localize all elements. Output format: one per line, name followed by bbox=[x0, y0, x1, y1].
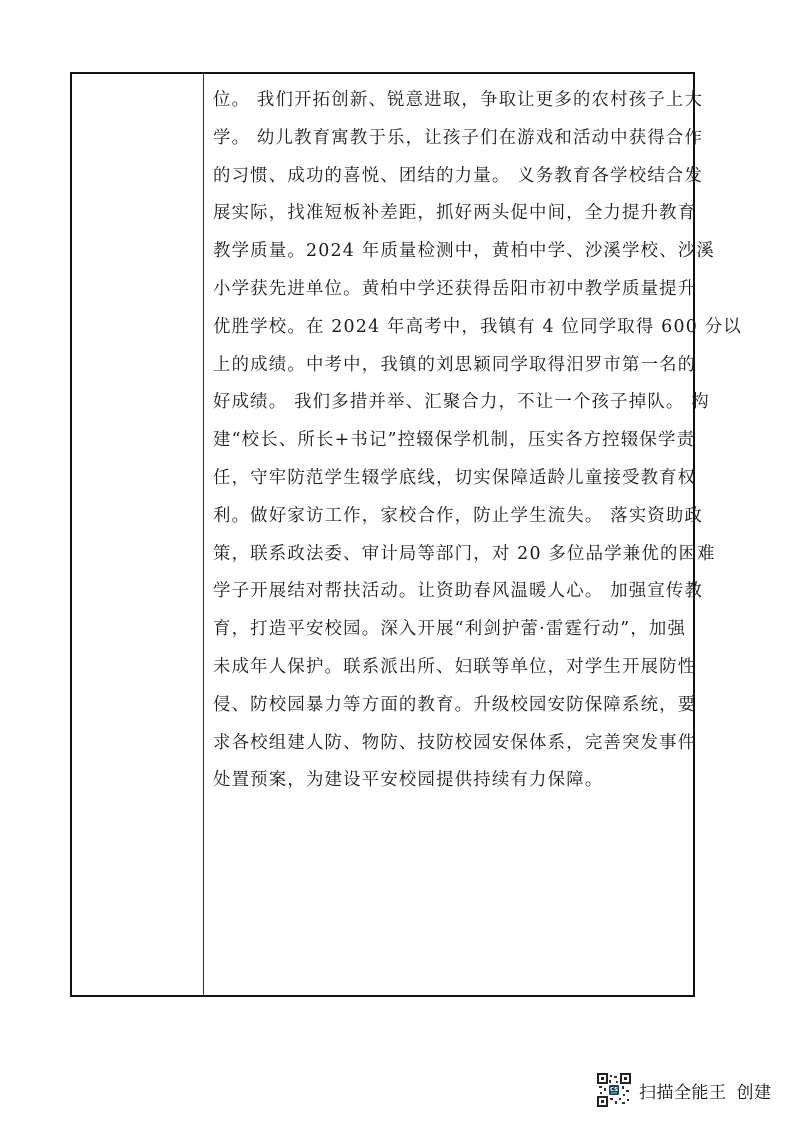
svg-text:CS: CS bbox=[610, 1087, 618, 1093]
text-line: 学。 幼儿教育寓教于乐，让孩子们在游戏和活动中获得合作 bbox=[213, 120, 693, 158]
qr-code-icon: CS bbox=[597, 1073, 631, 1107]
text-line: 策，联系政法委、审计局等部门，对 20 多位品学兼优的困难 bbox=[213, 536, 693, 574]
text-line: 利。做好家访工作，家校合作，防止学生流失。 落实资助政 bbox=[213, 498, 693, 536]
text-line: 优胜学校。在 2024 年高考中，我镇有 4 位同学取得 600 分以 bbox=[213, 309, 693, 347]
body-paragraph: 位。 我们开拓创新、锐意进取，争取让更多的农村孩子上大 学。 幼儿教育寓教于乐，… bbox=[213, 82, 693, 800]
text-line: 小学获先进单位。黄柏中学还获得岳阳市初中教学质量提升 bbox=[213, 271, 693, 309]
text-line: 好成绩。 我们多措并举、汇聚合力，不让一个孩子掉队。 构 bbox=[213, 384, 693, 422]
watermark-action: 创建 bbox=[737, 1083, 772, 1103]
camscanner-watermark: CS 扫描全能王创建 bbox=[597, 1073, 772, 1107]
table-right-cell: 位。 我们开拓创新、锐意进取，争取让更多的农村孩子上大 学。 幼儿教育寓教于乐，… bbox=[204, 74, 693, 995]
text-line: 教学质量。2024 年质量检测中，黄柏中学、沙溪学校、沙溪 bbox=[213, 233, 693, 271]
watermark-text: 扫描全能王创建 bbox=[639, 1078, 772, 1103]
text-line: 任，守牢防范学生辍学底线，切实保障适龄儿童接受教育权 bbox=[213, 460, 693, 498]
text-line: 侵、防校园暴力等方面的教育。升级校园安防保障系统，要 bbox=[213, 687, 693, 725]
text-line: 展实际，找准短板补差距，抓好两头促中间，全力提升教育 bbox=[213, 195, 693, 233]
text-line: 处置预案，为建设平安校园提供持续有力保障。 bbox=[213, 762, 693, 800]
text-line: 未成年人保护。联系派出所、妇联等单位，对学生开展防性 bbox=[213, 649, 693, 687]
text-line: 育，打造平安校园。深入开展“利剑护蕾·雷霆行动”，加强 bbox=[213, 611, 693, 649]
text-line: 位。 我们开拓创新、锐意进取，争取让更多的农村孩子上大 bbox=[213, 82, 693, 120]
table-left-cell bbox=[72, 74, 204, 995]
text-line: 上的成绩。中考中，我镇的刘思颖同学取得汨罗市第一名的 bbox=[213, 347, 693, 385]
text-line: 建“校长、所长+书记”控辍保学机制，压实各方控辍保学责 bbox=[213, 422, 693, 460]
text-line: 学子开展结对帮扶活动。让资助春风温暖人心。 加强宣传教 bbox=[213, 573, 693, 611]
text-line: 的习惯、成功的喜悦、团结的力量。 义务教育各学校结合发 bbox=[213, 158, 693, 196]
app-name: 扫描全能王 bbox=[639, 1083, 727, 1103]
content-table: 位。 我们开拓创新、锐意进取，争取让更多的农村孩子上大 学。 幼儿教育寓教于乐，… bbox=[70, 72, 695, 997]
text-line: 求各校组建人防、物防、技防校园安保体系，完善突发事件 bbox=[213, 725, 693, 763]
